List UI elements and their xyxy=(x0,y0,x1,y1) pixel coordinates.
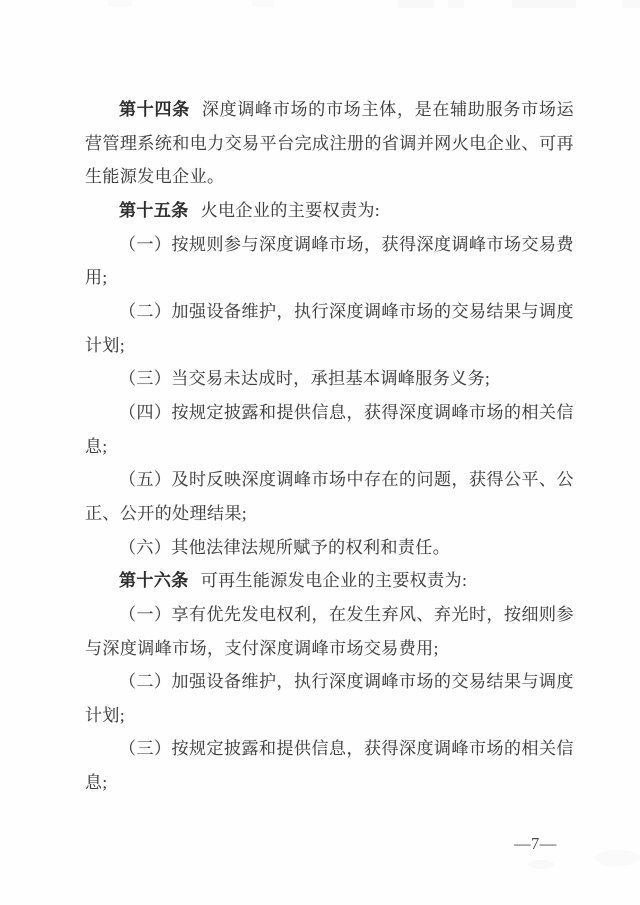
paragraph: 第十六条可再生能源发电企业的主要权责为: xyxy=(85,564,574,598)
paragraph-text: （二）加强设备维护，执行深度调峰市场的交易结果与调度计划; xyxy=(85,302,574,355)
paragraph: （五）及时反映深度调峰市场中存在的问题，获得公平、公正、公开的处理结果; xyxy=(85,463,574,530)
paragraph: （二）加强设备维护，执行深度调峰市场的交易结果与调度计划; xyxy=(85,295,574,362)
scan-artifact xyxy=(622,0,640,8)
scan-artifact xyxy=(595,850,640,866)
paragraph-text: 火电企业的主要权责为: xyxy=(201,201,380,220)
paragraph: （三）按规定披露和提供信息，获得深度调峰市场的相关信息; xyxy=(85,732,574,799)
paragraph-text: （三）当交易未达成时，承担基本调峰服务义务; xyxy=(119,369,490,388)
paragraph: （四）按规定披露和提供信息，获得深度调峰市场的相关信息; xyxy=(85,396,574,463)
document-body: 第十四条深度调峰市场的市场主体，是在辅助服务市场运营管理系统和电力交易平台完成注… xyxy=(85,93,574,800)
paragraph-text: （一）享有优先发电权利，在发生弃风、弃光时，按细则参与深度调峰市场，支付深度调峰… xyxy=(85,605,574,658)
paragraph: （三）当交易未达成时，承担基本调峰服务义务; xyxy=(85,362,574,396)
paragraph: （二）加强设备维护，执行深度调峰市场的交易结果与调度计划; xyxy=(85,665,574,732)
scan-artifact xyxy=(398,0,434,8)
paragraph-text: （六）其他法律法规所赋予的权利和责任。 xyxy=(119,538,450,557)
article-heading: 第十五条 xyxy=(119,201,189,220)
article-heading: 第十六条 xyxy=(119,571,189,590)
scanned-document-page: 第十四条深度调峰市场的市场主体，是在辅助服务市场运营管理系统和电力交易平台完成注… xyxy=(0,0,640,905)
paragraph-text: （五）及时反映深度调峰市场中存在的问题，获得公平、公正、公开的处理结果; xyxy=(85,470,574,523)
scan-artifact xyxy=(108,0,132,7)
article-heading: 第十四条 xyxy=(119,100,190,119)
page-number: —7— xyxy=(514,834,557,854)
paragraph: （一）享有优先发电权利，在发生弃风、弃光时，按细则参与深度调峰市场，支付深度调峰… xyxy=(85,598,574,665)
paragraph-text: （四）按规定披露和提供信息，获得深度调峰市场的相关信息; xyxy=(85,403,574,456)
scan-artifact xyxy=(528,860,554,869)
paragraph: （一）按规则参与深度调峰市场，获得深度调峰市场交易费用; xyxy=(85,228,574,295)
paragraph: 第十四条深度调峰市场的市场主体，是在辅助服务市场运营管理系统和电力交易平台完成注… xyxy=(85,93,574,194)
paragraph: （六）其他法律法规所赋予的权利和责任。 xyxy=(85,531,574,565)
scan-artifact xyxy=(512,0,576,8)
paragraph-text: （二）加强设备维护，执行深度调峰市场的交易结果与调度计划; xyxy=(85,672,574,725)
scan-artifact xyxy=(252,0,274,7)
paragraph-text: 可再生能源发电企业的主要权责为: xyxy=(201,571,468,590)
paragraph: 第十五条火电企业的主要权责为: xyxy=(85,194,574,228)
paragraph-text: （一）按规则参与深度调峰市场，获得深度调峰市场交易费用; xyxy=(85,235,574,288)
paragraph-text: （三）按规定披露和提供信息，获得深度调峰市场的相关信息; xyxy=(85,739,574,792)
scan-artifact xyxy=(448,0,464,8)
